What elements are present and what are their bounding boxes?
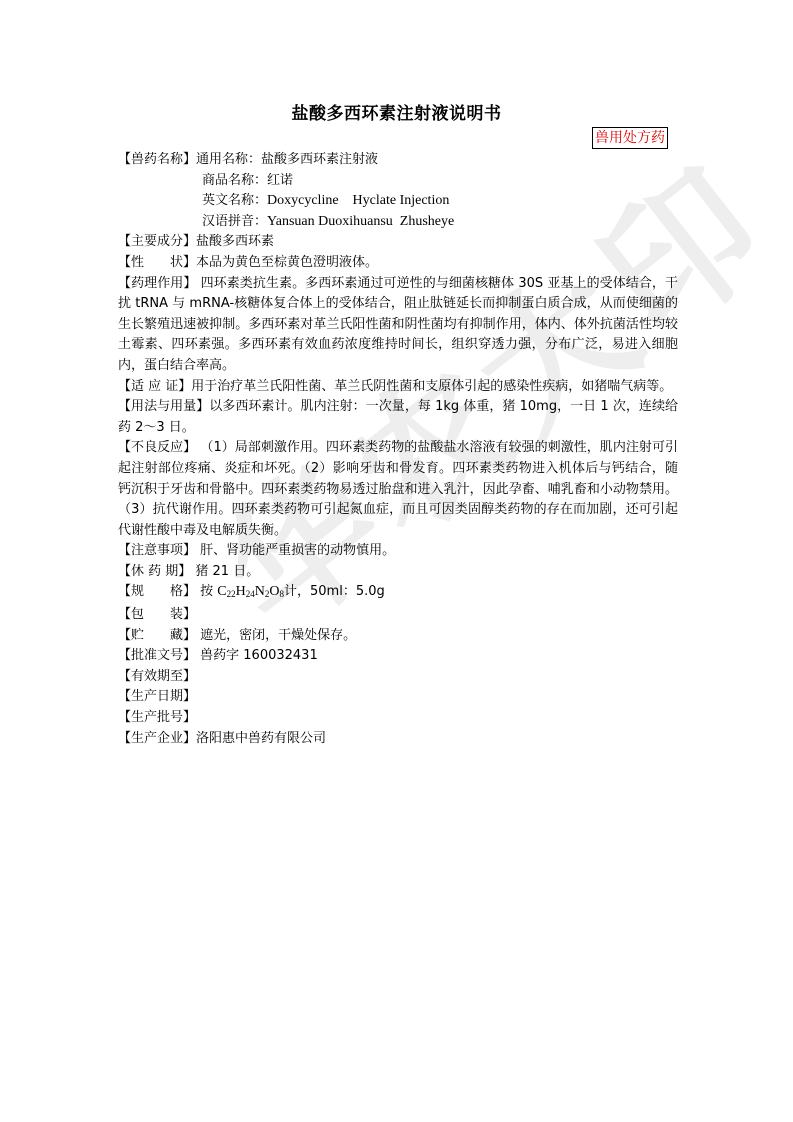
section-label: 【规 格】 — [118, 582, 196, 603]
section-label: 【贮 藏】 — [118, 626, 196, 647]
section-specification: 【规 格】 按 C22H24N2O8 计，50ml：5.0g — [118, 582, 678, 605]
section-label: 【休 药 期】 — [118, 562, 191, 583]
document-body: 【兽药名称】 通用名称： 盐酸多西环素注射液 商品名称： 红诺 英文名称： Do… — [118, 150, 678, 749]
section-value: 猪 21 日。 — [191, 562, 259, 583]
section-storage: 【贮 藏】 遮光，密闭，干燥处保存。 — [118, 626, 678, 647]
english-name-row: 英文名称： Doxycycline Hyclate Injection — [118, 191, 678, 212]
section-indications: 【适 应 证】用于治疗革兰氏阳性菌、革兰氏阴性菌和支原体引起的感染性疾病，如猪喘… — [118, 377, 678, 398]
trade-name-value: 红诺 — [267, 171, 293, 192]
spec-prefix: 按 — [196, 582, 217, 603]
section-label: 【注意事项】 — [118, 541, 196, 562]
section-package: 【包 装】 — [118, 605, 678, 626]
pinyin-value: Yansuan Duoxihuansu Zhusheye — [267, 212, 454, 233]
section-ingredient: 【主要成分】 盐酸多西环素 — [118, 232, 678, 253]
section-value: 兽药字 160032431 — [196, 646, 318, 667]
section-value: 肝、肾功能严重损害的动物慎用。 — [196, 541, 395, 562]
section-value: 盐酸多西环素 — [196, 232, 274, 253]
section-label: 【主要成分】 — [118, 232, 196, 253]
trade-name-row: 商品名称： 红诺 — [118, 171, 678, 192]
section-drug-name: 【兽药名称】 通用名称： 盐酸多西环素注射液 — [118, 150, 678, 171]
prescription-badge: 兽用处方药 — [592, 127, 668, 149]
generic-name-label: 通用名称： — [196, 150, 261, 171]
section-label: 【有效期至】 — [118, 667, 196, 688]
section-value: 四环素类抗生素。多西环素通过可逆性的与细菌核糖体 30S 亚基上的受体结合，干扰… — [118, 276, 678, 373]
section-label: 【适 应 证】 — [118, 379, 191, 394]
document-page: 华农大印 盐酸多西环素注射液说明书 兽用处方药 【兽药名称】 通用名称： 盐酸多… — [0, 0, 793, 1122]
section-expiry: 【有效期至】 — [118, 667, 678, 688]
document-title: 盐酸多西环素注射液说明书 — [0, 99, 793, 124]
section-adverse-reactions: 【不良反应】 （1）局部刺激作用。四环素类药物的盐酸盐水溶液有较强的刺激性，肌内… — [118, 438, 678, 541]
section-label: 【不良反应】 — [118, 440, 196, 455]
section-label: 【批准文号】 — [118, 646, 196, 667]
section-label: 【药理作用】 — [118, 276, 196, 291]
section-production-date: 【生产日期】 — [118, 687, 678, 708]
section-manufacturer: 【生产企业】 洛阳惠中兽药有限公司 — [118, 729, 678, 750]
section-precautions: 【注意事项】 肝、肾功能严重损害的动物慎用。 — [118, 541, 678, 562]
section-value: 用于治疗革兰氏阳性菌、革兰氏阴性菌和支原体引起的感染性疾病，如猪喘气病等。 — [191, 379, 672, 394]
section-label: 【生产日期】 — [118, 687, 196, 708]
section-value: （1）局部刺激作用。四环素类药物的盐酸盐水溶液有较强的刺激性，肌内注射可引起注射… — [118, 440, 678, 537]
section-appearance: 【性 状】 本品为黄色至棕黄色澄明液体。 — [118, 253, 678, 274]
trade-name-label: 商品名称： — [202, 171, 267, 192]
section-label: 【生产企业】 — [118, 729, 196, 750]
section-approval-number: 【批准文号】 兽药字 160032431 — [118, 646, 678, 667]
section-dosage: 【用法与用量】以多西环素计。肌内注射：一次量，每 1kg 体重，猪 10mg，一… — [118, 397, 678, 438]
spec-suffix: 计，50ml：5.0g — [284, 582, 385, 603]
generic-name-value: 盐酸多西环素注射液 — [261, 150, 378, 171]
section-label: 【包 装】 — [118, 605, 196, 626]
section-pharmacology: 【药理作用】 四环素类抗生素。多西环素通过可逆性的与细菌核糖体 30S 亚基上的… — [118, 274, 678, 377]
pinyin-label: 汉语拼音： — [202, 212, 267, 233]
chemical-formula: C22H24N2O8 — [217, 582, 284, 605]
pinyin-row: 汉语拼音： Yansuan Duoxihuansu Zhusheye — [118, 212, 678, 233]
section-value: 遮光，密闭，干燥处保存。 — [196, 626, 356, 647]
section-batch-number: 【生产批号】 — [118, 708, 678, 729]
english-name-label: 英文名称： — [202, 191, 267, 212]
section-withdrawal: 【休 药 期】 猪 21 日。 — [118, 562, 678, 583]
section-label: 【性 状】 — [118, 253, 196, 274]
section-value: 本品为黄色至棕黄色澄明液体。 — [196, 253, 378, 274]
section-label: 【生产批号】 — [118, 708, 196, 729]
section-label: 【用法与用量】 — [118, 399, 209, 414]
section-value: 洛阳惠中兽药有限公司 — [196, 729, 326, 750]
english-name-value: Doxycycline Hyclate Injection — [267, 191, 449, 212]
section-label: 【兽药名称】 — [118, 150, 196, 171]
